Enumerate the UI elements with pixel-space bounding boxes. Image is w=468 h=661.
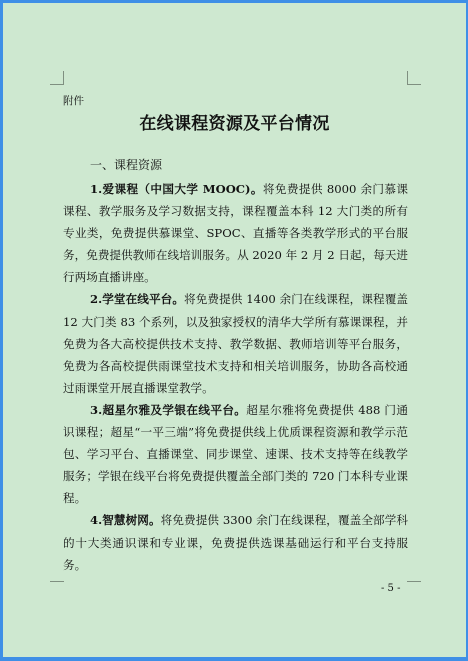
section-heading: 一、课程资源 bbox=[90, 156, 162, 173]
corner-mark-bottom-right-h bbox=[407, 581, 421, 582]
paragraph-heading: 1.爱课程（中国大学 MOOC)。 bbox=[90, 182, 263, 196]
paragraph-text: 将免费提供 1400 余门在线课程，课程覆盖 12 大门类 83 个系列，以及独… bbox=[63, 292, 408, 394]
corner-mark-top-right-v bbox=[407, 71, 408, 85]
paragraph-heading: 3.超星尔雅及学银在线平台。 bbox=[90, 403, 246, 417]
paragraph-xuetangx: 2.学堂在线平台。将免费提供 1400 余门在线课程，课程覆盖 12 大门类 8… bbox=[63, 288, 408, 398]
paragraph-heading: 2.学堂在线平台。 bbox=[90, 292, 184, 306]
paragraph-heading: 4.智慧树网。 bbox=[90, 513, 161, 527]
paragraph-icourse: 1.爱课程（中国大学 MOOC)。将免费提供 8000 余门慕课课程、教学服务及… bbox=[63, 178, 408, 288]
document-body: 1.爱课程（中国大学 MOOC)。将免费提供 8000 余门慕课课程、教学服务及… bbox=[63, 178, 408, 576]
paragraph-chaoxing: 3.超星尔雅及学银在线平台。超星尔雅将免费提供 488 门通识课程；超星“一平三… bbox=[63, 399, 408, 509]
paragraph-text: 将免费提供 8000 余门慕课课程、教学服务及学习数据支持，课程覆盖本科 12 … bbox=[63, 182, 408, 284]
attachment-label: 附件 bbox=[63, 93, 84, 108]
document-page: 附件 在线课程资源及平台情况 一、课程资源 1.爱课程（中国大学 MOOC)。将… bbox=[3, 3, 466, 657]
corner-mark-top-left-h bbox=[50, 84, 64, 85]
paragraph-zhihuishu: 4.智慧树网。将免费提供 3300 余门在线课程，覆盖全部学科的十大类通识课和专… bbox=[63, 509, 408, 575]
corner-mark-top-left-v bbox=[63, 71, 64, 85]
paragraph-text: 超星尔雅将免费提供 488 门通识课程；超星“一平三端”将免费提供线上优质课程资… bbox=[63, 403, 408, 505]
corner-mark-bottom-left-h bbox=[50, 581, 64, 582]
document-title: 在线课程资源及平台情况 bbox=[3, 109, 466, 134]
page-number: - 5 - bbox=[381, 583, 400, 594]
corner-mark-top-right-h bbox=[407, 84, 421, 85]
